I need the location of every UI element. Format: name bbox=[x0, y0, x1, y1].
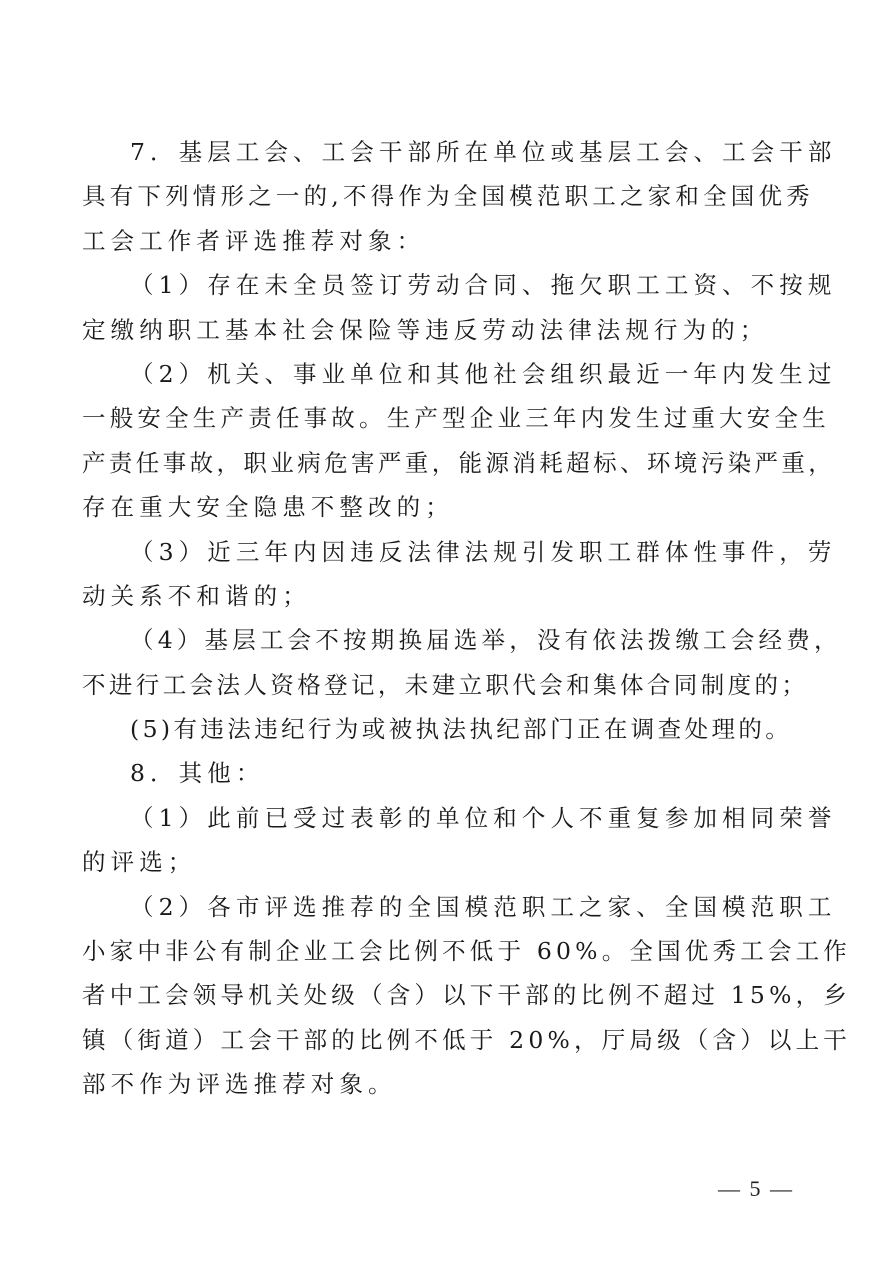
item-7-4: （4）基层工会不按期换届选举，没有依法拨缴工会经费， bbox=[82, 618, 798, 662]
paragraph-line: 一般安全生产责任事故。生产型企业三年内发生过重大安全生 bbox=[82, 396, 798, 440]
paragraph-line: 不进行工会法人资格登记，未建立职代会和集体合同制度的； bbox=[82, 663, 798, 707]
page-number: — 5 — bbox=[718, 1174, 794, 1204]
paragraph-line: 工会工作者评选推荐对象： bbox=[82, 219, 798, 263]
paragraph-line: 产责任事故，职业病危害严重，能源消耗超标、环境污染严重， bbox=[82, 441, 798, 485]
paragraph-line: 的评选； bbox=[82, 840, 798, 884]
paragraph-line: 定缴纳职工基本社会保险等违反劳动法律法规行为的； bbox=[82, 308, 798, 352]
document-page: 7．基层工会、工会干部所在单位或基层工会、工会干部 具有下列情形之一的,不得作为… bbox=[82, 130, 798, 1107]
paragraph-line: 部不作为评选推荐对象。 bbox=[82, 1062, 798, 1106]
paragraph-line: 具有下列情形之一的,不得作为全国模范职工之家和全国优秀 bbox=[82, 174, 798, 218]
paragraph-line: 动关系不和谐的； bbox=[82, 574, 798, 618]
paragraph-line: 者中工会领导机关处级（含）以下干部的比例不超过 15%，乡 bbox=[82, 973, 798, 1017]
item-7-3: （3）近三年内因违反法律法规引发职工群体性事件，劳 bbox=[82, 530, 798, 574]
item-7-5: (5)有违法违纪行为或被执法执纪部门正在调查处理的。 bbox=[82, 707, 798, 751]
paragraph-line: 存在重大安全隐患不整改的； bbox=[82, 485, 798, 529]
section-8-heading: 8．其他： bbox=[82, 751, 798, 795]
item-8-1: （1）此前已受过表彰的单位和个人不重复参加相同荣誉 bbox=[82, 796, 798, 840]
item-8-2: （2）各市评选推荐的全国模范职工之家、全国模范职工 bbox=[82, 885, 798, 929]
item-7-1: （1）存在未全员签订劳动合同、拖欠职工工资、不按规 bbox=[82, 263, 798, 307]
paragraph-line: 镇（街道）工会干部的比例不低于 20%，厅局级（含）以上干 bbox=[82, 1018, 798, 1062]
section-7-heading: 7．基层工会、工会干部所在单位或基层工会、工会干部 bbox=[82, 130, 798, 174]
item-7-2: （2）机关、事业单位和其他社会组织最近一年内发生过 bbox=[82, 352, 798, 396]
paragraph-line: 小家中非公有制企业工会比例不低于 60%。全国优秀工会工作 bbox=[82, 929, 798, 973]
